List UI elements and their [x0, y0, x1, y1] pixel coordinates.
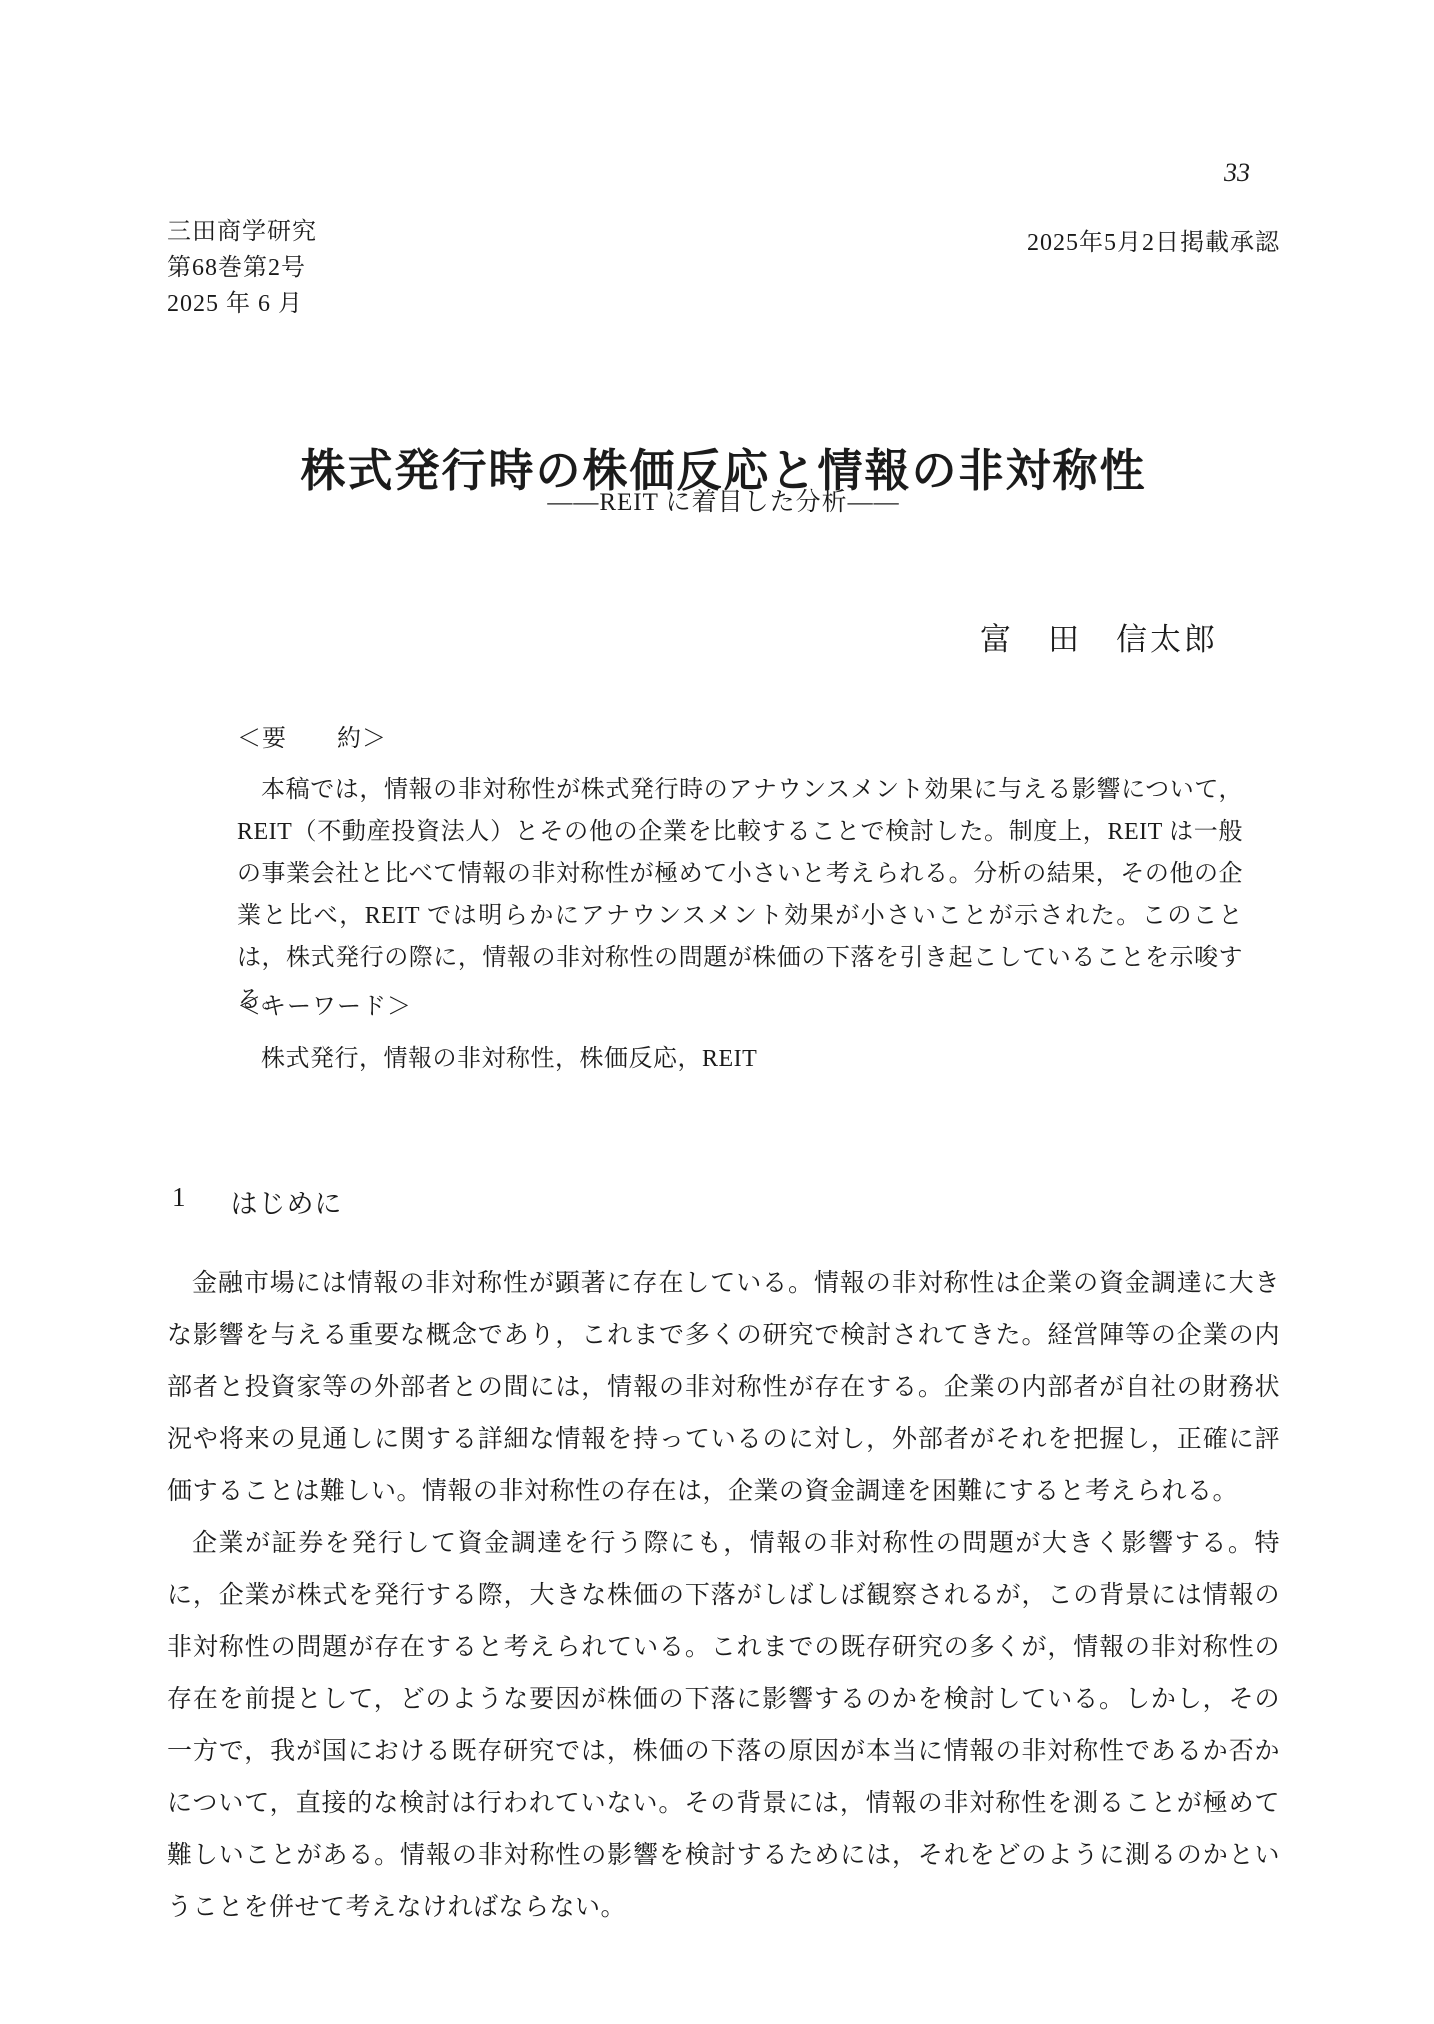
acceptance-note: 2025年5月2日掲載承認 — [167, 222, 1280, 257]
keywords-heading: ＜キーワード＞ — [237, 986, 1243, 1021]
section-number: 1 — [172, 1182, 187, 1221]
abstract-text: 本稿では，情報の非対称性が株式発行時のアナウンスメント効果に与える影響について，… — [237, 769, 1243, 1021]
paper-page: 33 三田商学研究 第68巻第2号 2025 年 6 月 2025年5月2日掲載… — [0, 0, 1434, 2024]
section-title: はじめに — [231, 1182, 343, 1221]
body-paragraph: 金融市場には情報の非対称性が顕著に存在している。情報の非対称性は企業の資金調達に… — [167, 1258, 1280, 1518]
journal-issue-date: 2025 年 6 月 — [167, 286, 317, 322]
abstract-heading: ＜要 約＞ — [237, 718, 1243, 753]
section-heading: 1 はじめに — [172, 1182, 343, 1221]
abstract-section: ＜要 約＞ 本稿では，情報の非対称性が株式発行時のアナウンスメント効果に与える影… — [237, 718, 1243, 1021]
article-subtitle: ――REIT に着目した分析―― — [167, 482, 1280, 518]
body-paragraph: 企業が証券を発行して資金調達を行う際にも，情報の非対称性の問題が大きく影響する。… — [167, 1518, 1280, 1934]
page-number: 33 — [167, 158, 1280, 188]
keywords-section: ＜キーワード＞ 株式発行，情報の非対称性，株価反応，REIT — [237, 986, 1243, 1073]
author-name: 富 田 信太郎 — [167, 614, 1280, 659]
body-text: 金融市場には情報の非対称性が顕著に存在している。情報の非対称性は企業の資金調達に… — [167, 1258, 1280, 1934]
keywords-text: 株式発行，情報の非対称性，株価反応，REIT — [237, 1038, 1243, 1073]
